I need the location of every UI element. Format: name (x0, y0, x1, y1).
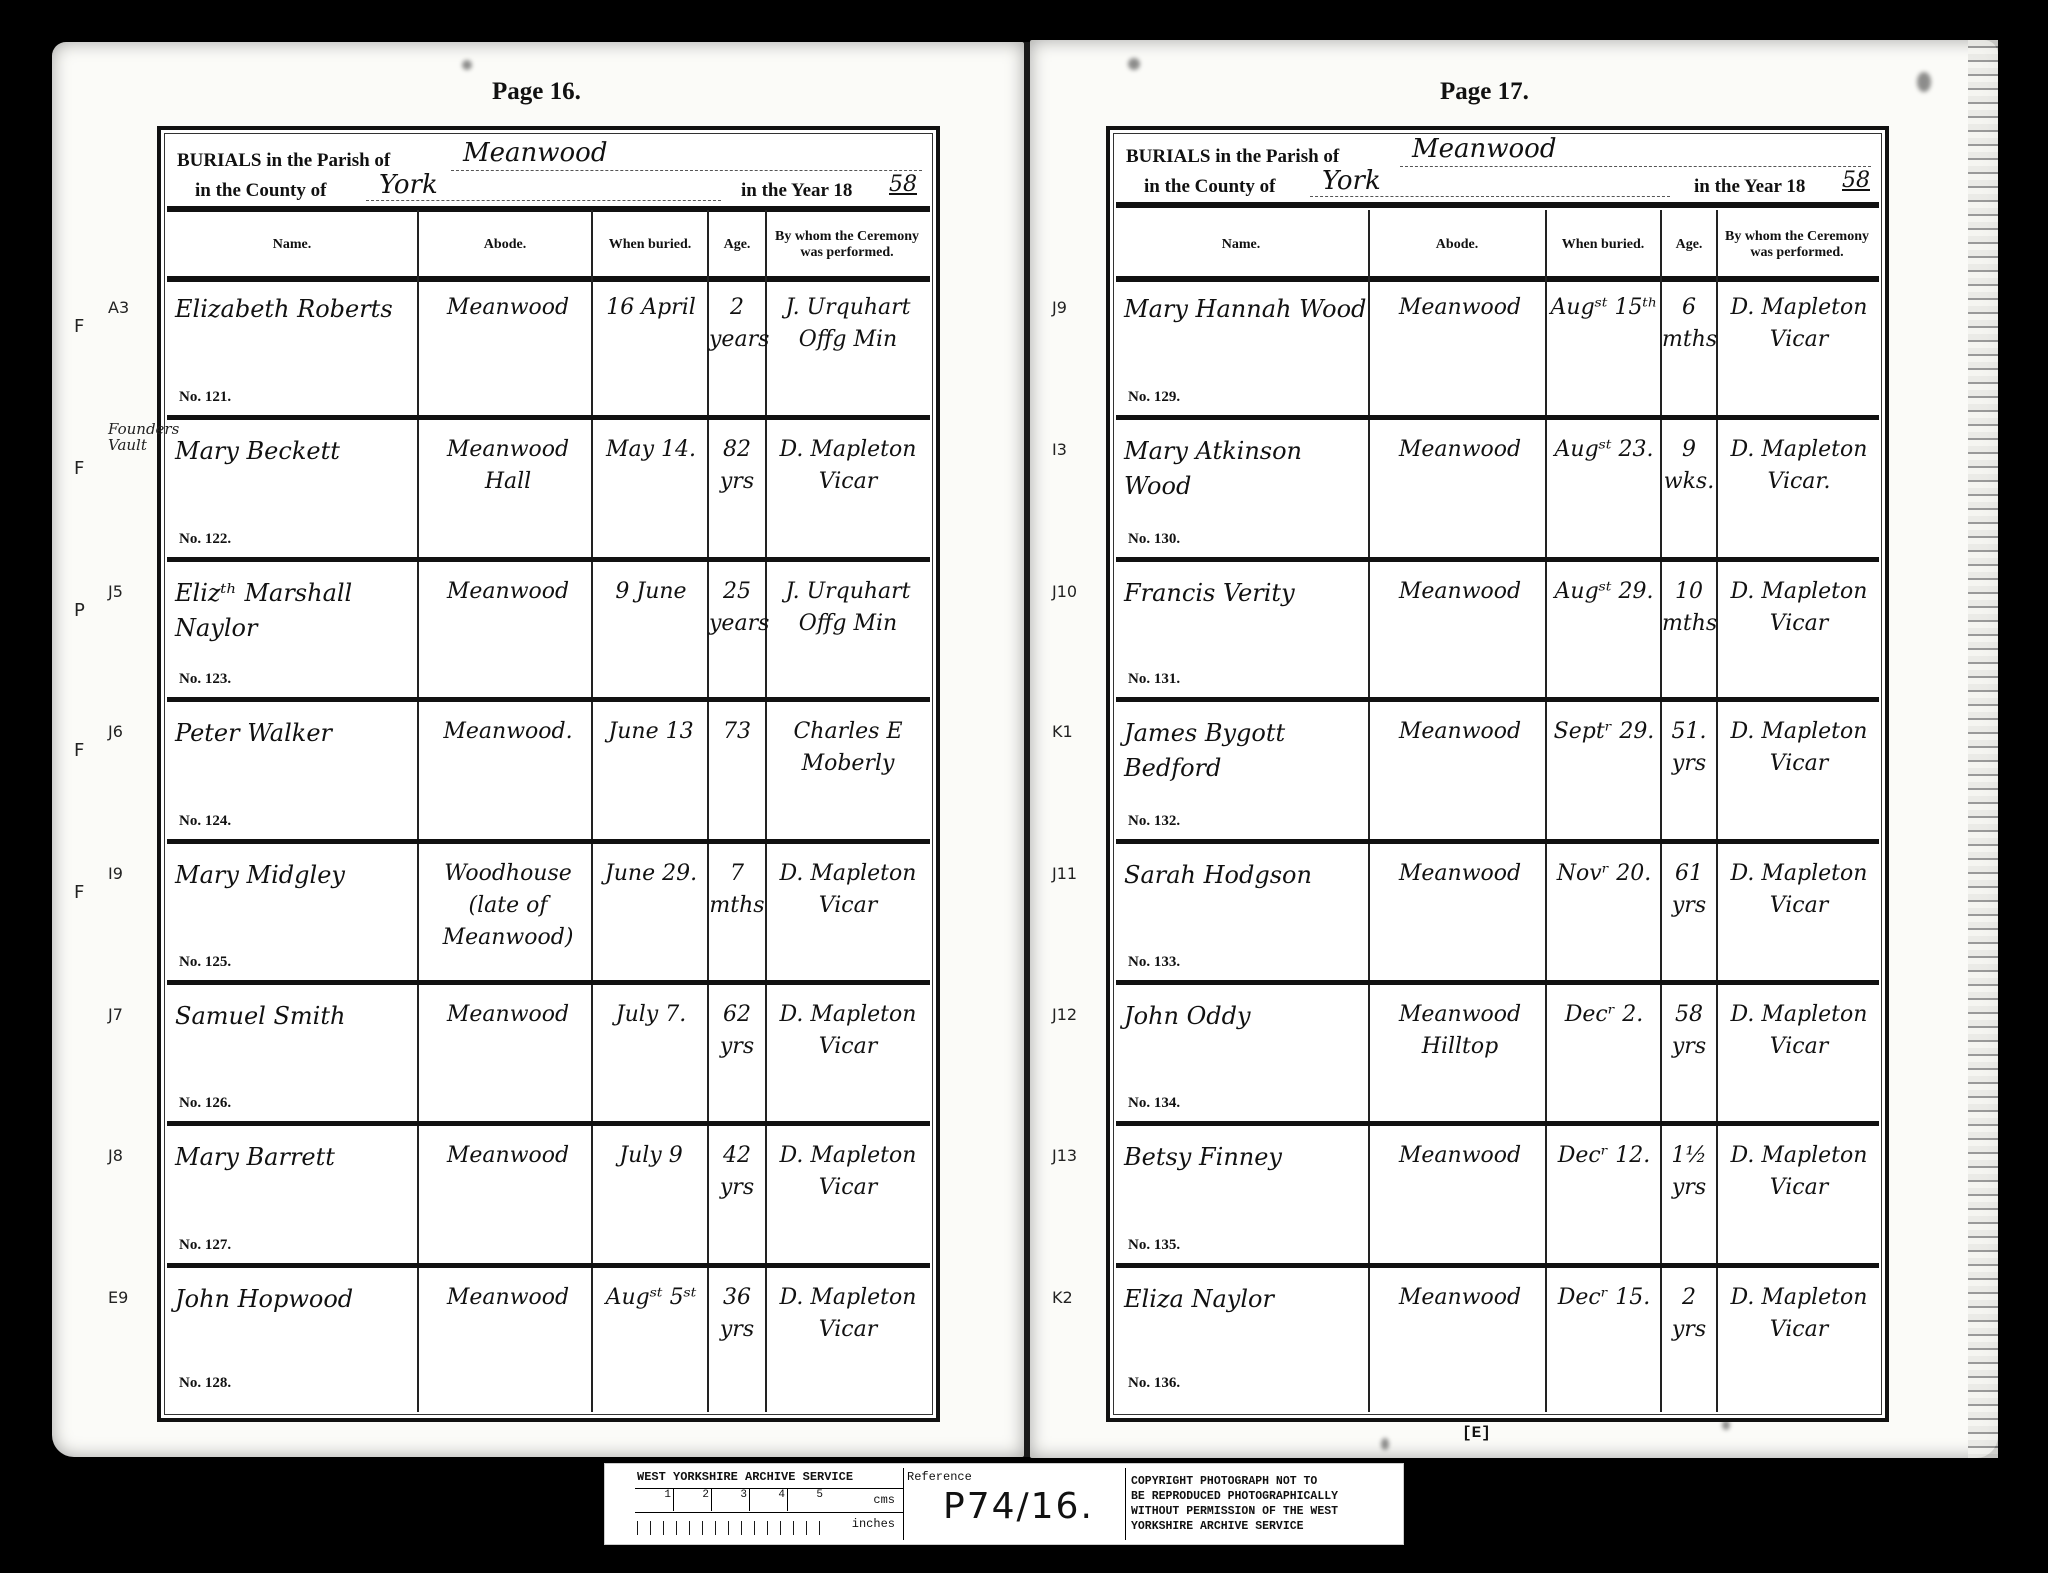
margin-annotation-code: J6 (108, 722, 123, 741)
entry-number: No. 132. (1128, 813, 1180, 830)
entry-abode: Meanwood (423, 576, 593, 608)
entry-officiant: D. Mapleton Vicar (1718, 858, 1880, 922)
archive-title: WEST YORKSHIRE ARCHIVE SERVICE (637, 1470, 853, 1484)
column-header-name: Name. (1116, 214, 1366, 276)
fill-rule (451, 170, 922, 171)
entry-name: Samuel Smith (175, 999, 421, 1034)
entry-officiant: D. Mapleton Vicar (1718, 292, 1880, 356)
entry-age: 73 (709, 716, 765, 748)
smudge (462, 60, 472, 70)
column-header-officiant: By whom the Ceremony was performed. (767, 214, 927, 276)
entry-when-buried: Augˢᵗ 5ˢᵗ (595, 1282, 707, 1314)
entry-age: 25 years (709, 576, 765, 640)
year-value: 58 (1842, 168, 1870, 193)
entry-abode: Meanwood (423, 1282, 593, 1314)
entry-name: Betsy Finney (1124, 1140, 1372, 1175)
county-label: in the County of (1144, 176, 1275, 198)
register-entry: Peter WalkerMeanwood.June 1373Charles E … (167, 702, 930, 844)
entry-when-buried: June 29. (595, 858, 707, 890)
entry-abode: Meanwood (423, 1140, 593, 1172)
entry-age: 61 yrs (1662, 858, 1716, 922)
column-header-abode: Abode. (1370, 214, 1544, 276)
entry-number: No. 133. (1128, 954, 1180, 971)
entry-name: Mary Hannah Wood (1124, 292, 1372, 327)
entry-abode: Meanwood (1374, 576, 1546, 608)
entry-abode: Meanwood. (423, 716, 593, 748)
margin-annotation-code: J8 (108, 1146, 123, 1165)
burials-parish-label: BURIALS in the Parish of (1126, 146, 1339, 168)
entry-name: Elizᵗʰ Marshall Naylor (175, 576, 421, 646)
column-header-age: Age. (709, 214, 765, 276)
entry-number: No. 126. (179, 1095, 231, 1112)
entry-officiant: J. Urquhart Offg Min (767, 292, 929, 356)
entry-abode: Meanwood (1374, 434, 1546, 466)
entry-age: 62 yrs (709, 999, 765, 1063)
column-header-name: Name. (167, 214, 417, 276)
entry-number: No. 121. (179, 389, 231, 406)
entry-officiant: D. Mapleton Vicar (767, 858, 929, 922)
register-entry: Elizᵗʰ Marshall NaylorMeanwood9 June25 y… (167, 562, 930, 702)
entry-number: No. 129. (1128, 389, 1180, 406)
register-entry: John HopwoodMeanwoodAugˢᵗ 5ˢᵗ36 yrsD. Ma… (167, 1268, 930, 1406)
entry-age: 51. yrs (1662, 716, 1716, 780)
entry-number: No. 124. (179, 813, 231, 830)
column-header-officiant: By whom the Ceremony was performed. (1718, 214, 1876, 276)
margin-annotation-code: J13 (1052, 1146, 1077, 1165)
county-value: York (1322, 166, 1381, 196)
margin-annotation-code: E9 (108, 1288, 128, 1307)
entry-officiant: D. Mapleton Vicar (767, 1282, 929, 1346)
entry-when-buried: 9 June (595, 576, 707, 608)
entry-when-buried: Decʳ 12. (1548, 1140, 1660, 1172)
scale-bar: WEST YORKSHIRE ARCHIVE SERVICE 1 2 3 4 5… (635, 1468, 904, 1540)
column-header-age: Age. (1662, 214, 1716, 276)
reference-label: Reference (907, 1470, 972, 1484)
entry-name: Mary Atkinson Wood (1124, 434, 1372, 504)
entry-officiant: D. Mapleton Vicar (1718, 1282, 1880, 1346)
register-entry: Francis VerityMeanwoodAugˢᵗ 29.10 mthsD.… (1116, 562, 1879, 702)
register-entry: Samuel SmithMeanwoodJuly 7.62 yrsD. Mapl… (167, 985, 930, 1126)
entry-officiant: D. Mapleton Vicar (767, 999, 929, 1063)
entry-abode: Meanwood (1374, 716, 1546, 748)
entry-age: 42 yrs (709, 1140, 765, 1204)
entry-age: 10 mths (1662, 576, 1716, 640)
page-footer-mark: [E] (1462, 1424, 1491, 1442)
margin-annotation-code: J12 (1052, 1005, 1077, 1024)
margin-annotation-letter: F (74, 458, 84, 479)
entry-abode: Meanwood (423, 292, 593, 324)
entry-officiant: D. Mapleton Vicar. (1718, 434, 1880, 498)
register-entry: Betsy FinneyMeanwoodDecʳ 12.1½ yrsD. Map… (1116, 1126, 1879, 1268)
entry-when-buried: Decʳ 2. (1548, 999, 1660, 1031)
margin-annotation-letter: F (74, 882, 84, 903)
register-entry: Elizabeth RobertsMeanwood16 April2 years… (167, 278, 930, 420)
entry-when-buried: Septʳ 29. (1548, 716, 1660, 748)
entry-officiant: D. Mapleton Vicar (1718, 576, 1880, 640)
register-entry: Eliza NaylorMeanwoodDecʳ 15.2 yrsD. Mapl… (1116, 1268, 1879, 1406)
copyright-notice: COPYRIGHT PHOTOGRAPH NOT TO BE REPRODUCE… (1131, 1474, 1338, 1534)
entry-officiant: D. Mapleton Vicar (767, 1140, 929, 1204)
inch-scale: inches (635, 1512, 903, 1535)
scale-cm-3: 3 (711, 1489, 749, 1511)
entry-officiant: D. Mapleton Vicar (1718, 1140, 1880, 1204)
burial-register-table-left: BURIALS in the Parish of Meanwood in the… (157, 126, 940, 1422)
entry-number: No. 123. (179, 671, 231, 688)
entry-number: No. 134. (1128, 1095, 1180, 1112)
entry-name: John Oddy (1124, 999, 1372, 1034)
smudge (1917, 72, 1931, 92)
page-edges (1968, 40, 1998, 1458)
entry-officiant: D. Mapleton Vicar (1718, 716, 1880, 780)
entry-officiant: D. Mapleton Vicar (1718, 999, 1880, 1063)
entry-abode: Meanwood (1374, 858, 1546, 890)
entry-name: Eliza Naylor (1124, 1282, 1372, 1317)
archive-label: WEST YORKSHIRE ARCHIVE SERVICE 1 2 3 4 5… (604, 1463, 1404, 1545)
register-entry: Mary Hannah WoodMeanwoodAugˢᵗ 15ᵗʰ6 mths… (1116, 278, 1879, 420)
margin-annotation-code: J10 (1052, 582, 1077, 601)
margin-annotation-code: K1 (1052, 722, 1073, 741)
cm-unit: cms (873, 1493, 895, 1507)
entry-number: No. 128. (179, 1375, 231, 1392)
register-entry: John OddyMeanwood HilltopDecʳ 2.58 yrsD.… (1116, 985, 1879, 1126)
header-rule (1116, 202, 1879, 208)
entry-when-buried: May 14. (595, 434, 707, 466)
entry-when-buried: July 7. (595, 999, 707, 1031)
page-number: Page 16. (492, 78, 581, 106)
inch-ruler (637, 1513, 823, 1535)
entry-name: Francis Verity (1124, 576, 1372, 611)
parish-value: Meanwood (1412, 134, 1556, 164)
entry-name: Peter Walker (175, 716, 421, 751)
margin-annotation-code: Founders Vault (108, 422, 152, 454)
cm-scale: 1 2 3 4 5 cms (635, 1488, 903, 1511)
scale-cm-4: 4 (749, 1489, 787, 1511)
register-entry: James Bygott BedfordMeanwoodSeptʳ 29.51.… (1116, 702, 1879, 844)
entry-abode: Meanwood Hilltop (1374, 999, 1546, 1063)
year-label: in the Year 18 (1694, 176, 1805, 198)
register-entry: Mary BarrettMeanwoodJuly 942 yrsD. Maple… (167, 1126, 930, 1268)
entry-age: 2 yrs (1662, 1282, 1716, 1346)
entry-when-buried: Novʳ 20. (1548, 858, 1660, 890)
margin-annotation-code: J5 (108, 582, 123, 601)
margin-annotation-letter: P (74, 600, 85, 621)
margin-annotation-code: J11 (1052, 864, 1077, 883)
register-entry: Mary MidgleyWoodhouse (late of Meanwood)… (167, 844, 930, 985)
entry-when-buried: Augˢᵗ 15ᵗʰ (1548, 292, 1660, 324)
margin-annotation-code: A3 (108, 298, 129, 317)
parish-value: Meanwood (463, 138, 607, 168)
entry-age: 1½ yrs (1662, 1140, 1716, 1204)
entry-name: Elizabeth Roberts (175, 292, 421, 327)
register-entry: Sarah HodgsonMeanwoodNovʳ 20.61 yrsD. Ma… (1116, 844, 1879, 985)
header-rule (167, 206, 930, 212)
column-header-when-buried: When buried. (1547, 214, 1659, 276)
entry-number: No. 136. (1128, 1375, 1180, 1392)
burials-parish-label: BURIALS in the Parish of (177, 150, 390, 172)
scale-cm-5: 5 (787, 1489, 825, 1511)
entry-when-buried: Augˢᵗ 23. (1548, 434, 1660, 466)
fill-rule (1310, 196, 1670, 197)
margin-annotation-letter: F (74, 740, 84, 761)
entry-age: 36 yrs (709, 1282, 765, 1346)
entry-number: No. 135. (1128, 1237, 1180, 1254)
entry-officiant: J. Urquhart Offg Min (767, 576, 929, 640)
entry-number: No. 122. (179, 531, 231, 548)
entry-number: No. 130. (1128, 531, 1180, 548)
column-header-when-buried: When buried. (593, 214, 707, 276)
entry-when-buried: Augˢᵗ 29. (1548, 576, 1660, 608)
entry-name: James Bygott Bedford (1124, 716, 1372, 786)
entry-when-buried: June 13 (595, 716, 707, 748)
margin-annotation-code: I3 (1052, 440, 1067, 459)
column-header-abode: Abode. (419, 214, 591, 276)
margin-annotation-letter: F (74, 316, 84, 337)
entry-number: No. 127. (179, 1237, 231, 1254)
page-number: Page 17. (1440, 78, 1529, 106)
year-label: in the Year 18 (741, 180, 852, 202)
reference-box: Reference P74/16. (903, 1468, 1126, 1540)
burial-register-table-right: BURIALS in the Parish of Meanwood in the… (1106, 126, 1889, 1422)
entry-abode: Meanwood (1374, 1140, 1546, 1172)
smudge (1128, 58, 1140, 70)
copyright-box: COPYRIGHT PHOTOGRAPH NOT TO BE REPRODUCE… (1127, 1468, 1399, 1540)
reference-value: P74/16. (943, 1486, 1094, 1527)
year-value: 58 (889, 172, 917, 197)
entry-number: No. 125. (179, 954, 231, 971)
inch-unit: inches (852, 1517, 895, 1531)
fill-rule (1400, 166, 1871, 167)
entry-abode: Meanwood Hall (423, 434, 593, 498)
entry-name: Mary Beckett (175, 434, 421, 469)
entry-name: John Hopwood (175, 1282, 421, 1317)
entry-age: 82 yrs (709, 434, 765, 498)
entry-when-buried: Decʳ 15. (1548, 1282, 1660, 1314)
entry-abode: Meanwood (1374, 1282, 1546, 1314)
county-label: in the County of (195, 180, 326, 202)
entry-name: Mary Midgley (175, 858, 421, 893)
entry-abode: Woodhouse (late of Meanwood) (423, 858, 593, 954)
entry-officiant: D. Mapleton Vicar (767, 434, 929, 498)
margin-annotation-code: I9 (108, 864, 123, 883)
entry-abode: Meanwood (1374, 292, 1546, 324)
entry-age: 6 mths (1662, 292, 1716, 356)
entry-name: Sarah Hodgson (1124, 858, 1372, 893)
entry-number: No. 131. (1128, 671, 1180, 688)
entry-name: Mary Barrett (175, 1140, 421, 1175)
entry-age: 58 yrs (1662, 999, 1716, 1063)
fill-rule (366, 200, 721, 201)
register-entry: Mary Atkinson WoodMeanwoodAugˢᵗ 23.9 wks… (1116, 420, 1879, 562)
entry-age: 7 mths (709, 858, 765, 922)
entry-age: 9 wks. (1662, 434, 1716, 498)
scale-cm-2: 2 (673, 1489, 711, 1511)
entry-when-buried: 16 April (595, 292, 707, 324)
margin-annotation-code: J7 (108, 1005, 123, 1024)
smudge (1381, 1438, 1389, 1450)
entry-abode: Meanwood (423, 999, 593, 1031)
entry-officiant: Charles E Moberly (767, 716, 929, 780)
margin-annotation-code: K2 (1052, 1288, 1073, 1307)
entry-age: 2 years (709, 292, 765, 356)
margin-annotation-code: J9 (1052, 298, 1067, 317)
county-value: York (379, 170, 438, 200)
entry-when-buried: July 9 (595, 1140, 707, 1172)
register-entry: Mary BeckettMeanwood HallMay 14.82 yrsD.… (167, 420, 930, 562)
scale-cm-1: 1 (635, 1489, 673, 1511)
